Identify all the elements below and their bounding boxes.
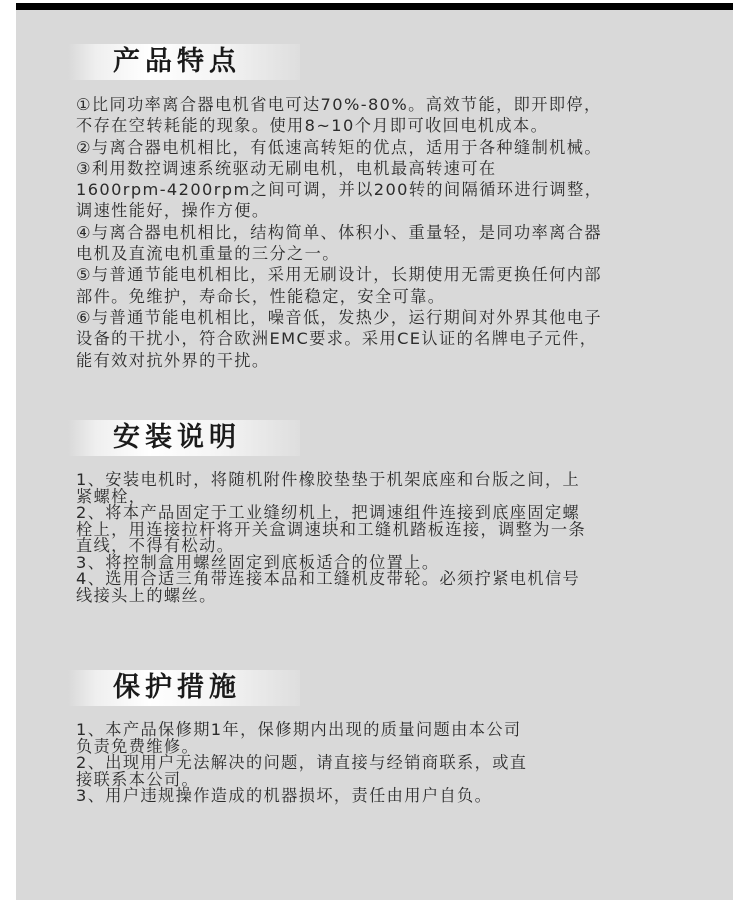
text-line: 部件。免维护，寿命长，性能稳定，安全可靠。: [76, 286, 706, 307]
text-line: ④与离合器电机相比，结构简单、体积小、重量轻，是同功率离合器: [76, 222, 706, 243]
text-line: 不存在空转耗能的现象。使用8~10个月即可收回电机成本。: [76, 115, 706, 136]
text-line: ③利用数控调速系统驱动无刷电机，电机最高转速可在: [76, 158, 706, 179]
installation-text: 1、安装电机时，将随机附件橡胶垫垫于机架底座和台版之间，上 紧螺栓， 2、将本产…: [76, 472, 706, 604]
text-line: 1600rpm-4200rpm之间可调，并以200转的间隔循环进行调整，: [76, 179, 706, 200]
section-title: 保护措施: [113, 671, 241, 705]
text-line: 3、用户违规操作造成的机器损坏，责任由用户自负。: [76, 788, 706, 805]
section-title: 安装说明: [113, 421, 241, 455]
section-title: 产品特点: [113, 45, 241, 79]
features-text: ①比同功率离合器电机省电可达70%-80%。高效节能，即开即停， 不存在空转耗能…: [76, 94, 706, 371]
text-line: ①比同功率离合器电机省电可达70%-80%。高效节能，即开即停，: [76, 94, 706, 115]
section-heading-protection: 保护措施: [68, 670, 300, 706]
section-heading-features: 产品特点: [68, 44, 300, 80]
text-line: ⑤与普通节能电机相比，采用无刷设计，长期使用无需更换任何内部: [76, 264, 706, 285]
text-line: 设备的干扰小，符合欧洲EMC要求。采用CE认证的名牌电子元件，: [76, 328, 706, 349]
text-line: 调速性能好，操作方便。: [76, 200, 706, 221]
protection-text: 1、本产品保修期1年，保修期内出现的质量问题由本公司 负责免费维修。 2、出现用…: [76, 722, 706, 805]
section-heading-installation: 安装说明: [68, 420, 300, 456]
text-line: 1、安装电机时，将随机附件橡胶垫垫于机架底座和台版之间，上: [76, 472, 706, 489]
top-black-bar: [16, 3, 733, 10]
text-line: 能有效对抗外界的干扰。: [76, 350, 706, 371]
text-line: 电机及直流电机重量的三分之一。: [76, 243, 706, 264]
text-line: ⑥与普通节能电机相比，噪音低，发热少，运行期间对外界其他电子: [76, 307, 706, 328]
text-line: 线接头上的螺丝。: [76, 588, 706, 605]
text-line: ②与离合器电机相比，有低速高转矩的优点，适用于各种缝制机械。: [76, 137, 706, 158]
